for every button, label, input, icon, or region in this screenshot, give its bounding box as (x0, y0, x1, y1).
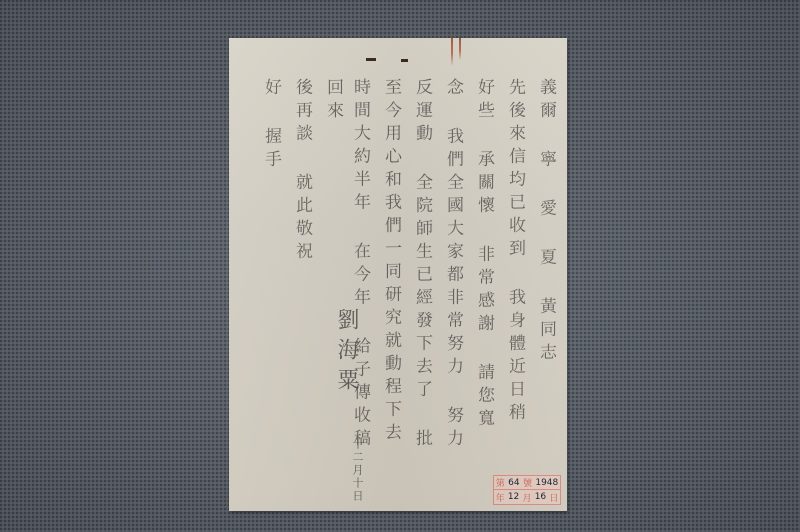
archive-stamp: 第 64 號 1948 年 12 月 16 日 (493, 475, 561, 505)
letter-date: 十二月十日 (349, 438, 365, 503)
letter-column: 後再談 就此敬祝 (288, 78, 315, 481)
rust-stain (459, 38, 461, 60)
letter-column: 好些 承關懷 非常感謝 請您寬 (470, 78, 497, 481)
ink-mark (366, 58, 376, 61)
stamp-number: 64 (508, 478, 519, 488)
stamp-day: 16 (535, 492, 546, 502)
letter-column: 念 我們全國大家都非常努力 努力 (439, 78, 466, 481)
stamp-year: 1948 (535, 478, 558, 488)
stamp-month: 12 (508, 492, 519, 502)
letter-column: 反運動 全院師生已經發下去了 批 (408, 78, 435, 481)
letter-column: 義爾 寧 愛 夏 黃同志 (532, 78, 559, 481)
signature: 劉海粟 (331, 308, 362, 398)
letter-column: 至今用心和我們一同研究就動程下去 (377, 78, 404, 481)
ink-mark (401, 59, 408, 62)
letter-column: 時間大約半年 在今年 給子傳收稿 回來 (319, 78, 373, 482)
letter-body: 義爾 寧 愛 夏 黃同志 先後來信均已收到 我身體近日稍 好些 承關懷 非常感謝… (249, 78, 559, 481)
stamp-row-1: 第 64 號 1948 (494, 476, 560, 490)
letter-column: 先後來信均已收到 我身體近日稍 (501, 78, 528, 481)
stamp-row-2: 年 12 月 16 日 (494, 490, 560, 504)
rust-stain (451, 36, 453, 66)
letter-paper: 義爾 寧 愛 夏 黃同志 先後來信均已收到 我身體近日稍 好些 承關懷 非常感謝… (229, 38, 567, 511)
letter-column: 好 握手 (257, 78, 284, 481)
